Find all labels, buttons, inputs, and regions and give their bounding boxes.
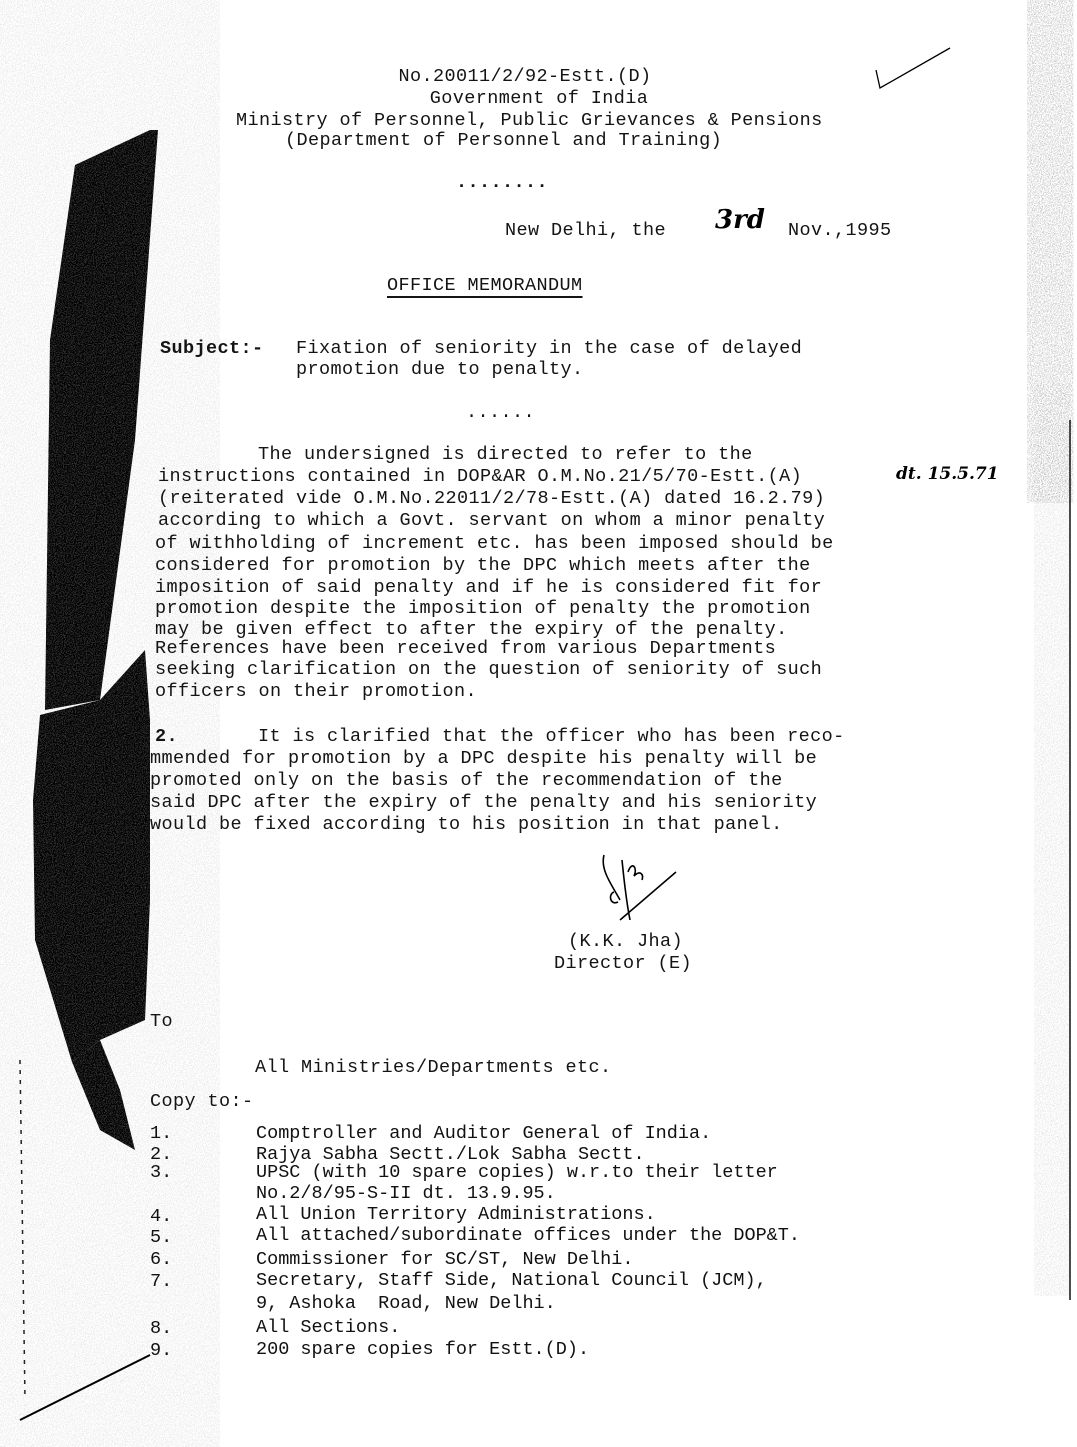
handwritten-tick-mark xyxy=(870,40,960,100)
copy-item-number: 5. xyxy=(150,1227,172,1249)
handwritten-date-note: dt. 15.5.71 xyxy=(896,464,999,484)
scan-edge-artifact xyxy=(1027,0,1077,1447)
para2-line: would be fixed according to his position… xyxy=(150,814,783,836)
para1-line: according to which a Govt. servant on wh… xyxy=(158,510,825,532)
copy-item: All attached/subordinate offices under t… xyxy=(256,1225,800,1247)
para1-line: considered for promotion by the DPC whic… xyxy=(155,555,811,577)
copy-item-number: 3. xyxy=(150,1162,172,1184)
department-name: (Department of Personnel and Training) xyxy=(285,130,722,152)
document-page: No.20011/2/92-Estt.(D) Government of Ind… xyxy=(0,0,1077,1447)
para1-line: References have been received from vario… xyxy=(155,638,776,660)
para2-line: It is clarified that the officer who has… xyxy=(258,726,845,748)
subject-line-1: Fixation of seniority in the case of del… xyxy=(296,338,802,360)
ministry-name: Ministry of Personnel, Public Grievances… xyxy=(236,110,823,132)
para1-line: of withholding of increment etc. has bee… xyxy=(155,533,834,555)
para1-line: The undersigned is directed to refer to … xyxy=(258,444,753,466)
copy-item: Comptroller and Auditor General of India… xyxy=(256,1123,711,1145)
handwritten-date-day: 3rd xyxy=(715,205,765,235)
copy-item: UPSC (with 10 spare copies) w.r.to their… xyxy=(256,1162,778,1184)
scan-shadow-artifact xyxy=(0,0,220,1447)
para1-line: officers on their promotion. xyxy=(155,681,477,703)
copy-to-label: Copy to:- xyxy=(150,1091,254,1113)
para1-line: imposition of said penalty and if he is … xyxy=(155,577,822,599)
signatory-name: (K.K. Jha) xyxy=(568,931,683,953)
para2-number: 2. xyxy=(155,726,178,748)
copy-item: 9, Ashoka Road, New Delhi. xyxy=(256,1293,556,1315)
para1-line: seeking clarification on the question of… xyxy=(155,659,822,681)
signatory-designation: Director (E) xyxy=(554,953,692,975)
copy-item-number: 8. xyxy=(150,1318,172,1340)
copy-item: No.2/8/95-S-II dt. 13.9.95. xyxy=(256,1183,556,1205)
copy-item: Commissioner for SC/ST, New Delhi. xyxy=(256,1249,633,1271)
para1-line: instructions contained in DOP&AR O.M.No.… xyxy=(158,466,802,488)
para2-line: said DPC after the expiry of the penalty… xyxy=(150,792,817,814)
subject-line-2: promotion due to penalty. xyxy=(296,359,584,381)
subject-label: Subject:- xyxy=(160,338,264,360)
para2-line: mmended for promotion by a DPC despite h… xyxy=(150,748,817,770)
copy-item: All Sections. xyxy=(256,1317,400,1339)
copy-item-number: 1. xyxy=(150,1123,172,1145)
para2-line: promoted only on the basis of the recomm… xyxy=(150,770,783,792)
to-label: To xyxy=(150,1011,173,1033)
subject-separator: ...... xyxy=(466,402,535,424)
date-suffix: Nov.,1995 xyxy=(788,220,892,242)
header-separator: ........ xyxy=(456,172,548,194)
to-recipient: All Ministries/Departments etc. xyxy=(255,1057,612,1079)
para1-line: (reiterated vide O.M.No.22011/2/78-Estt.… xyxy=(158,488,825,510)
copy-item-number: 7. xyxy=(150,1271,172,1293)
copy-item-number: 9. xyxy=(150,1340,172,1362)
copy-item-number: 6. xyxy=(150,1249,172,1271)
copy-item: Secretary, Staff Side, National Council … xyxy=(256,1270,767,1292)
copy-item: All Union Territory Administrations. xyxy=(256,1204,656,1226)
para1-line: promotion despite the imposition of pena… xyxy=(155,598,811,620)
date-prefix: New Delhi, the xyxy=(505,220,666,242)
signature-mark xyxy=(590,850,690,925)
copy-item-number: 4. xyxy=(150,1206,172,1228)
memo-title: OFFICE MEMORANDUM xyxy=(387,275,583,297)
copy-item: 200 spare copies for Estt.(D). xyxy=(256,1339,589,1361)
